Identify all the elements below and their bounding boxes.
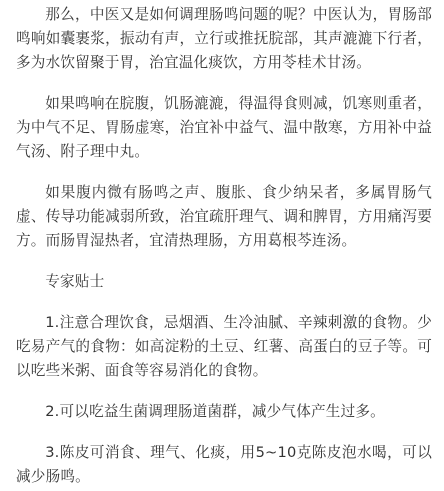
paragraph-qi-deficiency: 如果腹内微有肠鸣之声、腹胀、食少纳呆者，多属胃肠气虚、传导功能减弱所致，治宜疏肝… [16,181,432,253]
paragraph-tcm-intro: 那么，中医又是如何调理肠鸣问题的呢？中医认为，胃肠部鸣响如囊裹浆，振动有声，立行… [16,3,432,75]
tip-item-tangerine-peel: 3.陈皮可消食、理气、化痰，用5~10克陈皮泡水喝，可以减少肠鸣。 [16,441,432,489]
article-body: 那么，中医又是如何调理肠鸣问题的呢？中医认为，胃肠部鸣响如囊裹浆，振动有声，立行… [0,0,444,489]
tip-item-probiotics: 2.可以吃益生菌调理肠道菌群，减少气体产生过多。 [16,400,432,424]
section-heading-expert-tips: 专家贴士 [16,270,432,294]
paragraph-deficiency-cold: 如果鸣响在脘腹，饥肠漉漉，得温得食则减，饥寒则重者，为中气不足、胃肠虚寒，治宜补… [16,92,432,164]
tip-item-diet: 1.注意合理饮食，忌烟酒、生冷油腻、辛辣刺激的食物。少吃易产气的食物：如高淀粉的… [16,311,432,383]
